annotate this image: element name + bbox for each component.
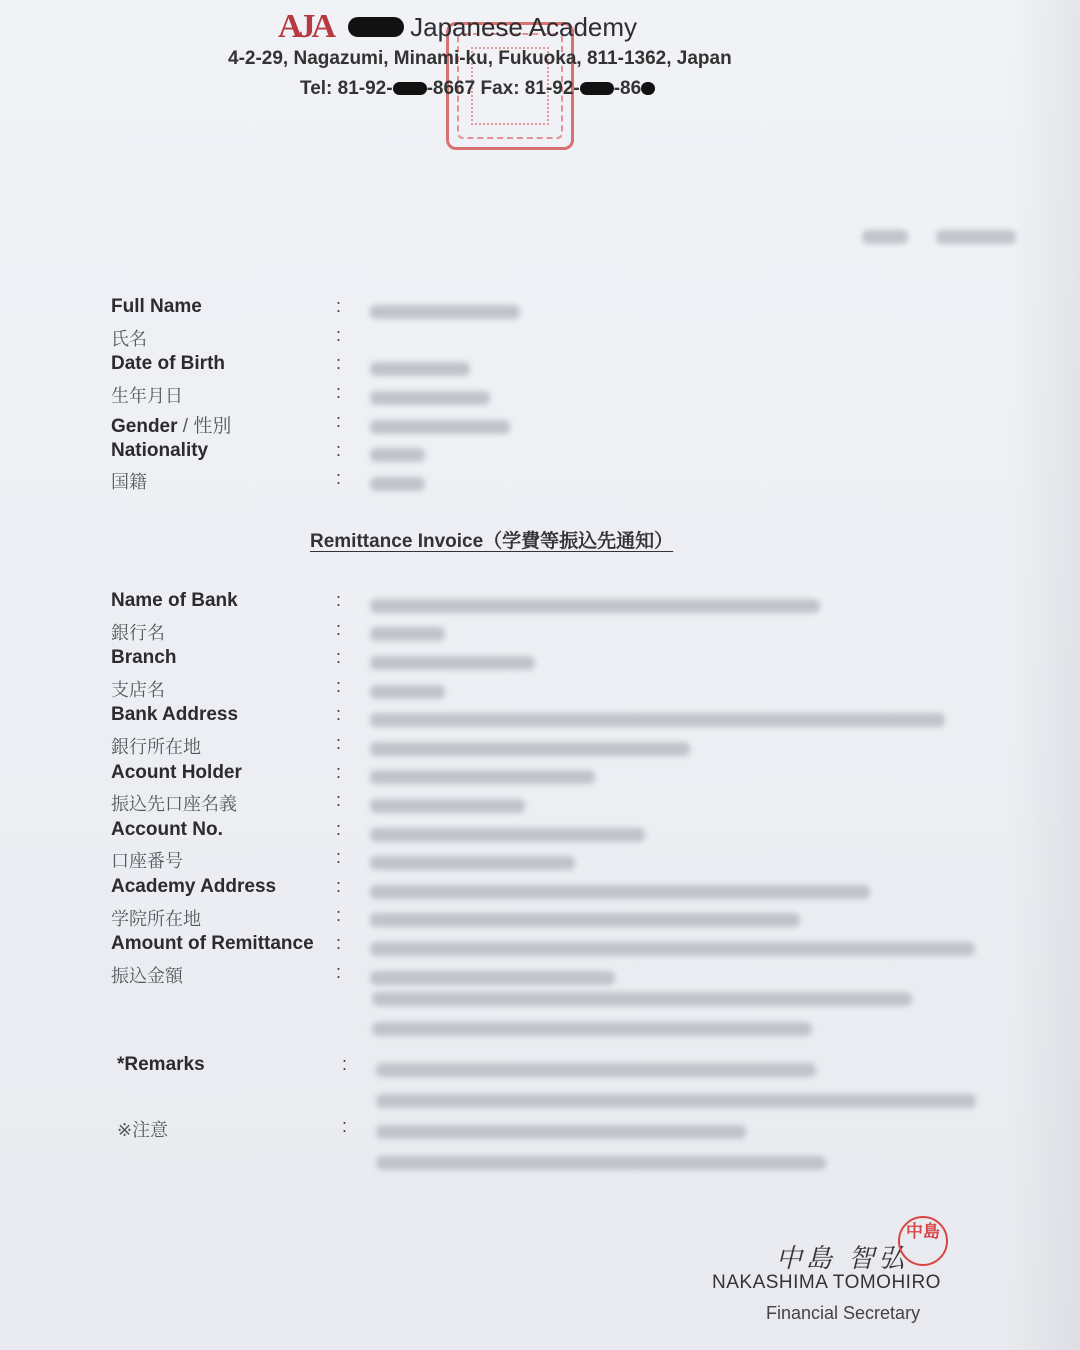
document-page: AJA Japanese Academy 4-2-29, Nagazumi, M… (0, 0, 1080, 1350)
redacted-value (370, 969, 615, 987)
signatory-title: Financial Secretary (766, 1303, 920, 1324)
redacted-value (370, 912, 800, 930)
separator: : (336, 876, 341, 897)
field-label: Branch (111, 647, 176, 669)
separator: : (336, 704, 341, 725)
redacted-value (370, 826, 645, 844)
field-label: Account No. (111, 819, 223, 841)
field-label: 氏名 (111, 325, 147, 351)
redacted-value (370, 940, 975, 958)
redacted-value (370, 360, 470, 378)
field-row: Date of Birth: (0, 353, 1080, 381)
field-row: Account No.: (0, 819, 1080, 847)
contact-numbers: Tel: 81-92--8667 Fax: 81-92--86 (300, 78, 655, 100)
signature-handwritten: 中島 智弘 (776, 1238, 908, 1275)
redacted-value (372, 990, 912, 1008)
field-row: 支店名: (0, 676, 1080, 704)
blurred-date-label (862, 230, 908, 244)
separator: : (336, 905, 341, 926)
field-label: Amount of Remittance (111, 933, 314, 955)
redacted-value (370, 303, 520, 321)
separator: : (336, 590, 341, 611)
field-label: Gender / 性別 (111, 411, 231, 438)
field-label: 口座番号 (111, 847, 183, 873)
redacted-value (370, 797, 525, 815)
field-row: Branch: (0, 647, 1080, 675)
redacted-value (370, 447, 425, 465)
academy-logo: AJA (278, 8, 332, 46)
field-label: 学院所在地 (111, 905, 201, 931)
field-row: Name of Bank: (0, 590, 1080, 618)
field-label: 銀行名 (111, 619, 165, 645)
field-row: 銀行名: (0, 619, 1080, 647)
field-label: *Remarks (117, 1054, 205, 1076)
separator: : (336, 847, 341, 868)
separator: : (342, 1116, 347, 1137)
field-row: *Remarks: (0, 1054, 1080, 1082)
redacted-value (372, 1020, 812, 1038)
field-row: Acount Holder: (0, 762, 1080, 790)
redaction-mark (393, 82, 427, 95)
redacted-value (370, 389, 490, 407)
separator: : (336, 790, 341, 811)
organization-name: Japanese Academy (410, 12, 637, 43)
redacted-value (370, 740, 690, 758)
field-label: ※注意 (117, 1116, 168, 1142)
separator: : (336, 411, 341, 432)
separator: : (336, 440, 341, 461)
separator: : (342, 1054, 347, 1075)
document-date (862, 228, 1016, 246)
separator: : (336, 468, 341, 489)
field-row: Bank Address: (0, 704, 1080, 732)
field-label: Academy Address (111, 876, 276, 898)
field-label: 銀行所在地 (111, 733, 201, 759)
signatory-name: NAKASHIMA TOMOHIRO (712, 1272, 941, 1294)
redacted-value (370, 683, 445, 701)
separator: : (336, 382, 341, 403)
redacted-value (376, 1092, 976, 1110)
redacted-value (370, 711, 945, 729)
redaction-mark (641, 82, 655, 95)
field-row: 振込先口座名義: (0, 790, 1080, 818)
field-label: Nationality (111, 440, 208, 462)
redacted-value (370, 654, 535, 672)
redacted-value (370, 769, 595, 787)
separator: : (336, 619, 341, 640)
separator: : (336, 962, 341, 983)
field-row: Full Name: (0, 296, 1080, 324)
field-row: 生年月日: (0, 382, 1080, 410)
field-row: ※注意: (0, 1116, 1080, 1144)
field-row: 学院所在地: (0, 905, 1080, 933)
separator: : (336, 647, 341, 668)
separator: : (336, 733, 341, 754)
hanko-seal-stamp: 中島 (898, 1216, 948, 1266)
separator: : (336, 325, 341, 346)
redacted-value (370, 854, 575, 872)
redaction-mark (580, 82, 614, 95)
separator: : (336, 933, 341, 954)
field-row: 銀行所在地: (0, 733, 1080, 761)
field-label: Full Name (111, 296, 202, 318)
field-row: 口座番号: (0, 847, 1080, 875)
redacted-value (370, 883, 870, 901)
field-row: Nationality: (0, 440, 1080, 468)
field-label: 振込先口座名義 (111, 790, 237, 816)
redacted-value (376, 1061, 816, 1079)
separator: : (336, 296, 341, 317)
logo-row: AJA Japanese Academy (278, 8, 637, 46)
blurred-date-value (936, 230, 1016, 244)
field-label: Name of Bank (111, 590, 238, 612)
redacted-value (370, 626, 445, 644)
redacted-value (370, 475, 425, 493)
field-row: Amount of Remittance: (0, 933, 1080, 961)
redacted-value (376, 1123, 746, 1141)
organization-address: 4-2-29, Nagazumi, Minami-ku, Fukuoka, 81… (228, 48, 732, 70)
field-label: 生年月日 (111, 382, 183, 408)
redaction-mark (348, 17, 404, 37)
field-label: Acount Holder (111, 762, 242, 784)
field-label: Date of Birth (111, 353, 225, 375)
redacted-value (370, 597, 820, 615)
field-label: 支店名 (111, 676, 165, 702)
field-row: Academy Address: (0, 876, 1080, 904)
field-row: 国籍: (0, 468, 1080, 496)
field-row: 氏名: (0, 325, 1080, 353)
separator: : (336, 762, 341, 783)
separator: : (336, 676, 341, 697)
invoice-title: Remittance Invoice（学費等振込先通知） (310, 526, 673, 553)
redacted-value (376, 1154, 826, 1172)
field-label: 国籍 (111, 468, 147, 494)
field-row: 振込金額: (0, 962, 1080, 990)
redacted-value (370, 418, 510, 436)
separator: : (336, 353, 341, 374)
separator: : (336, 819, 341, 840)
field-row: Gender / 性別: (0, 411, 1080, 439)
field-label: Bank Address (111, 704, 238, 726)
field-label: 振込金額 (111, 962, 183, 988)
